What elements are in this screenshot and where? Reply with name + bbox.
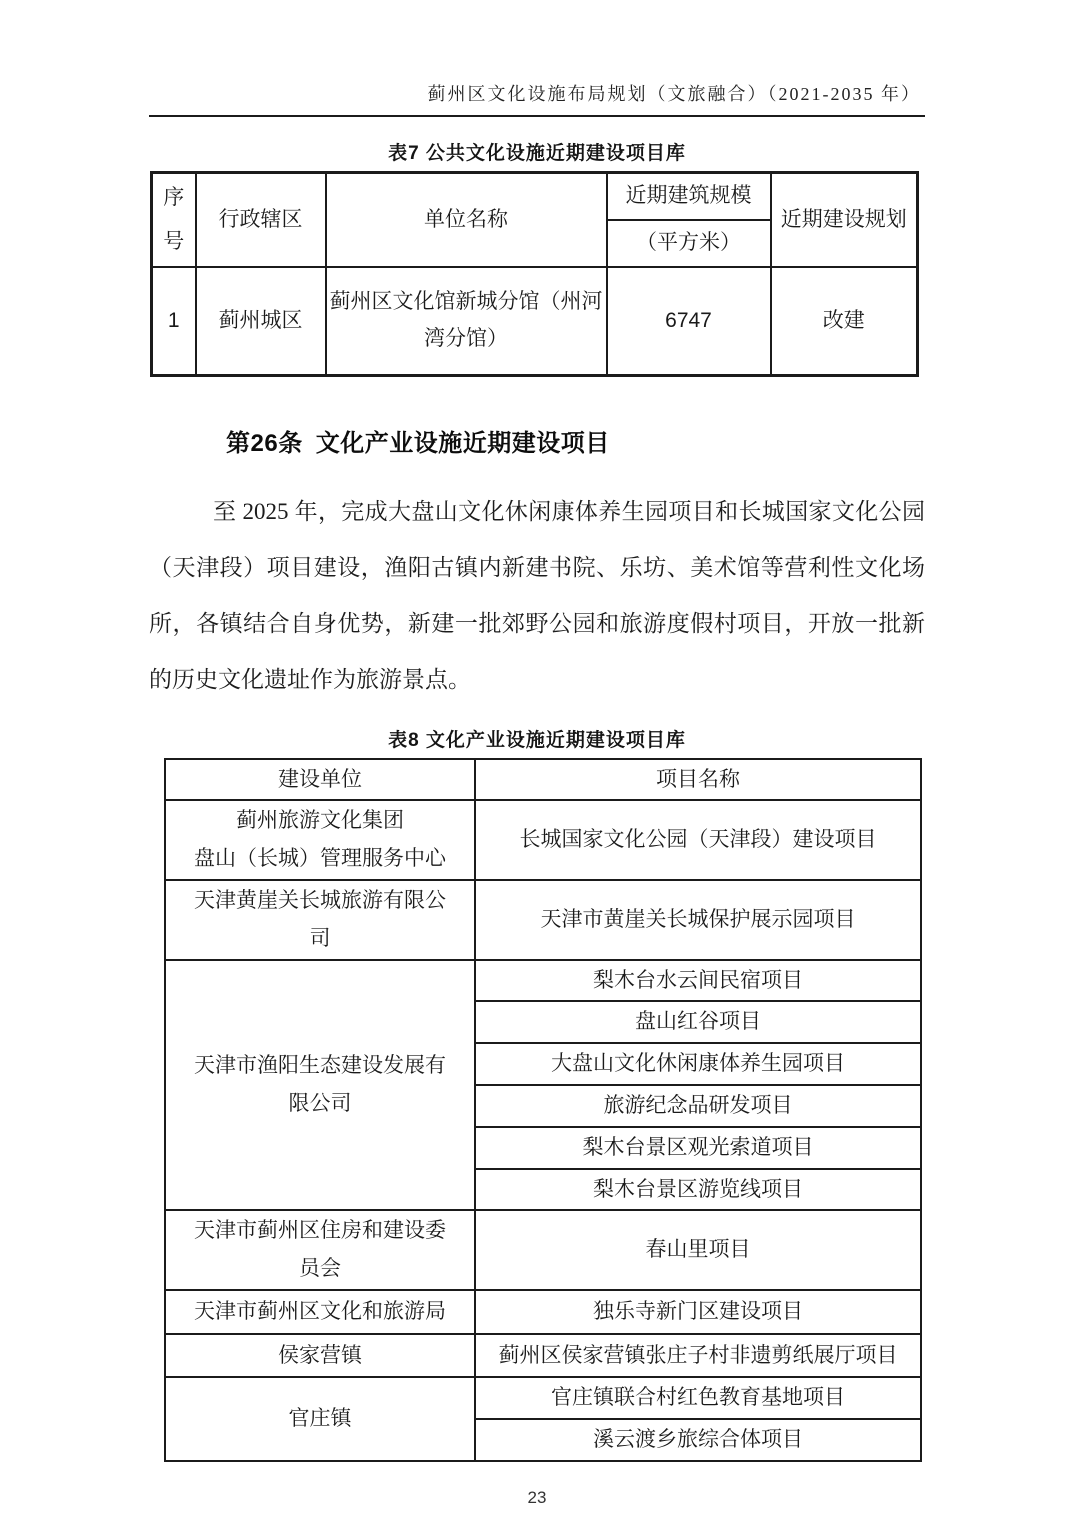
table7-row: 1 蓟州城区 蓟州区文化馆新城分馆（州河湾分馆） 6747 改建 xyxy=(152,267,918,375)
project-cell: 天津市黄崖关长城保护展示园项目 xyxy=(475,880,921,960)
table8-row: 蓟州旅游文化集团 盘山（长城）管理服务中心 长城国家文化公园（天津段）建设项目 xyxy=(165,800,921,880)
table8-row: 天津市蓟州区文化和旅游局 独乐寺新门区建设项目 xyxy=(165,1290,921,1334)
project-cell: 春山里项目 xyxy=(475,1210,921,1290)
project-cell: 梨木台水云间民宿项目 xyxy=(475,960,921,1002)
table8-header-unit: 建设单位 xyxy=(165,759,475,801)
project-cell: 梨木台景区游览线项目 xyxy=(475,1169,921,1211)
table7-cell-district: 蓟州城区 xyxy=(196,267,326,375)
project-cell: 梨木台景区观光索道项目 xyxy=(475,1127,921,1169)
table7-cell-scale: 6747 xyxy=(607,267,771,375)
table8-row: 天津市渔阳生态建设发展有限公司 梨木台水云间民宿项目 xyxy=(165,960,921,1002)
table7-header-scale-top: 近期建筑规模 xyxy=(607,173,771,221)
table8-row: 官庄镇 官庄镇联合村红色教育基地项目 xyxy=(165,1377,921,1419)
document-page: 蓟州区文化设施布局规划（文旅融合）（2021-2035 年） 表7 公共文化设施… xyxy=(0,0,1074,1508)
page-number: 23 xyxy=(149,1488,925,1508)
document-header-title: 蓟州区文化设施布局规划（文旅融合）（2021-2035 年） xyxy=(149,80,925,106)
table7-header-plan: 近期建设规划 xyxy=(771,173,918,268)
table8-row: 天津黄崖关长城旅游有限公司 天津市黄崖关长城保护展示园项目 xyxy=(165,880,921,960)
table7-cell-seq: 1 xyxy=(152,267,196,375)
table8-row: 侯家营镇 蓟州区侯家营镇张庄子村非遗剪纸展厅项目 xyxy=(165,1334,921,1377)
unit-cell: 天津市渔阳生态建设发展有限公司 xyxy=(165,960,475,1211)
section-heading-number: 第26条 xyxy=(226,430,303,457)
table7-header-row: 序号 行政辖区 单位名称 近期建筑规模 近期建设规划 xyxy=(152,173,918,221)
table7-cell-unit: 蓟州区文化馆新城分馆（州河湾分馆） xyxy=(326,267,607,375)
project-cell: 盘山红谷项目 xyxy=(475,1001,921,1043)
table8-row: 天津市蓟州区住房和建设委员会 春山里项目 xyxy=(165,1210,921,1290)
table7: 序号 行政辖区 单位名称 近期建筑规模 近期建设规划 （平方米） 1 蓟州城区 … xyxy=(150,171,919,377)
table7-caption: 表7 公共文化设施近期建设项目库 xyxy=(149,138,925,165)
table7-header-seq: 序号 xyxy=(152,173,196,268)
unit-cell: 侯家营镇 xyxy=(165,1334,475,1377)
table7-cell-plan: 改建 xyxy=(771,267,918,375)
table7-header-district: 行政辖区 xyxy=(196,173,326,268)
table7-header-unit: 单位名称 xyxy=(326,173,607,268)
unit-cell: 天津市蓟州区文化和旅游局 xyxy=(165,1290,475,1334)
unit-cell: 天津市蓟州区住房和建设委员会 xyxy=(165,1210,475,1290)
project-cell: 旅游纪念品研发项目 xyxy=(475,1085,921,1127)
unit-cell: 天津黄崖关长城旅游有限公司 xyxy=(165,880,475,960)
unit-cell: 蓟州旅游文化集团 盘山（长城）管理服务中心 xyxy=(165,800,475,880)
header-rule xyxy=(149,115,925,117)
section-heading: 第26条文化产业设施近期建设项目 xyxy=(149,423,925,458)
project-cell: 长城国家文化公园（天津段）建设项目 xyxy=(475,800,921,880)
table8-header-project: 项目名称 xyxy=(475,759,921,801)
unit-cell: 官庄镇 xyxy=(165,1377,475,1461)
project-cell: 独乐寺新门区建设项目 xyxy=(475,1290,921,1334)
table8: 建设单位 项目名称 蓟州旅游文化集团 盘山（长城）管理服务中心 长城国家文化公园… xyxy=(164,758,922,1462)
table7-header-scale-bottom: （平方米） xyxy=(607,220,771,267)
table8-header-row: 建设单位 项目名称 xyxy=(165,759,921,801)
section-paragraph: 至 2025 年，完成大盘山文化休闲康体养生园项目和长城国家文化公园（天津段）项… xyxy=(149,484,925,708)
project-cell: 蓟州区侯家营镇张庄子村非遗剪纸展厅项目 xyxy=(475,1334,921,1377)
section-heading-title: 文化产业设施近期建设项目 xyxy=(316,430,610,457)
project-cell: 大盘山文化休闲康体养生园项目 xyxy=(475,1043,921,1085)
project-cell: 官庄镇联合村红色教育基地项目 xyxy=(475,1377,921,1419)
table8-caption: 表8 文化产业设施近期建设项目库 xyxy=(149,725,925,752)
project-cell: 溪云渡乡旅综合体项目 xyxy=(475,1419,921,1461)
